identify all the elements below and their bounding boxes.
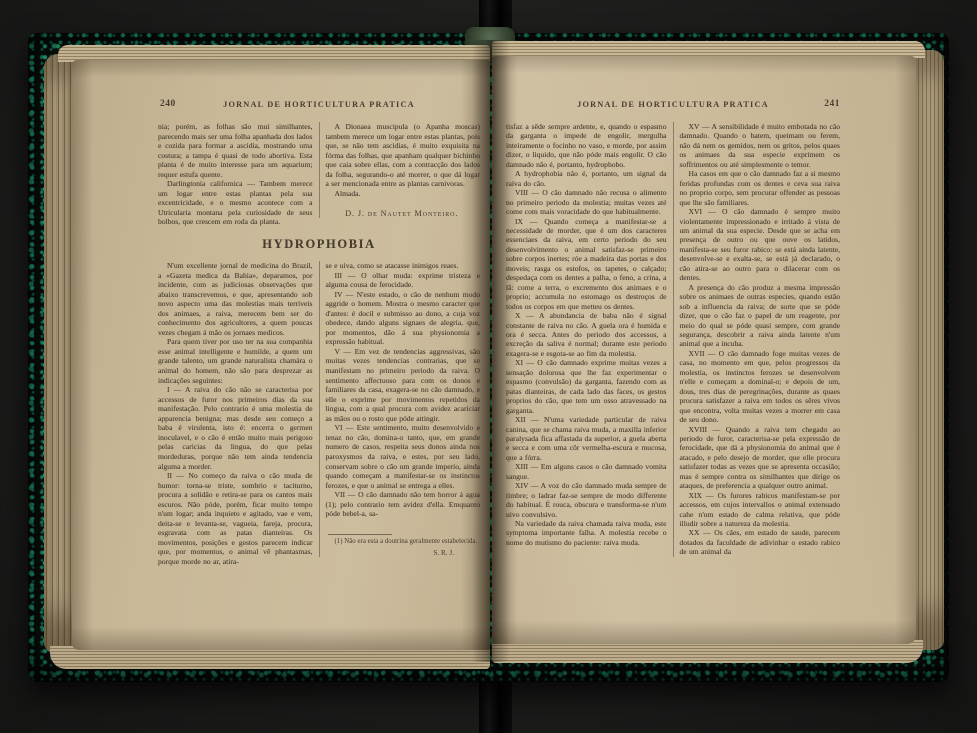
text-column: XV — A sensibilidade é muito embotada no… (673, 122, 841, 557)
paragraph: I — A raiva do cão não se caracterisa po… (158, 385, 313, 471)
column-paragraphs: se e uiva, como se atacasse inimigos rea… (326, 261, 481, 519)
paragraph: II — No começo da raiva o cão muda de hu… (158, 471, 313, 566)
paragraph: XIX — Os furores rabicos manifestam-se p… (680, 491, 841, 529)
paragraph: V — Em vez de tendencias aggressivas, sã… (326, 347, 481, 423)
text-column: N'um excellente jornal de medicina do Br… (158, 261, 313, 567)
paragraph: XVI — O cão damnado é sempre muito viole… (680, 207, 841, 283)
paragraph: XVIII — Quando a raiva tem chegado ao pe… (680, 425, 841, 491)
footnote-block: (1) Não era esta a doutrina geralmente e… (326, 534, 481, 558)
paragraph: tisfaz a sêde sempre ardente, e, quando … (506, 122, 667, 169)
paragraph: Para quem tiver por uso ter na sua compa… (158, 337, 313, 385)
paragraph: XV — A sensibilidade é muito embotada no… (680, 122, 841, 169)
text-column: se e uiva, como se atacasse inimigos rea… (319, 261, 481, 557)
paragraph: XVII — O cão damnado foge muitas vezes d… (680, 349, 841, 425)
left-page-header: 240 JORNAL DE HORTICULTURA PRATICA (158, 100, 480, 113)
paragraph: Ha casos em que o cão damnado faz a si m… (680, 169, 841, 207)
footnote-text: (1) Não era esta a doutrina geralmente e… (326, 538, 481, 547)
paragraph: IV — N'este estado, o cão de nenhum modo… (326, 290, 481, 347)
paragraph: VII — O cão damnado não tem horror á agu… (326, 490, 481, 519)
paragraph: VI — Este sentimento, muito desenvolvido… (326, 423, 481, 490)
paragraph: A Dionaea muscipula (o Apanha moscas) ta… (326, 122, 481, 189)
running-title-right: JORNAL DE HORTICULTURA PRATICA (506, 100, 840, 109)
paragraph: Darlingtonia californica — Tambem merece… (158, 179, 313, 227)
column-paragraphs: A Dionaea muscipula (o Apanha moscas) ta… (326, 122, 481, 198)
text-column: A Dionaea muscipula (o Apanha moscas) ta… (319, 122, 481, 218)
footnote-initials: S. R. J. (326, 549, 455, 557)
article-heading: HYDROPHOBIA (158, 237, 480, 252)
right-page-content: 241 JORNAL DE HORTICULTURA PRATICA tisfa… (506, 100, 840, 638)
paragraph: N'um excellente jornal de medicina do Br… (158, 261, 313, 337)
left-page-content: 240 JORNAL DE HORTICULTURA PRATICA nia; … (158, 100, 480, 642)
paragraph: XIII — Em alguns casos o cão damnado vom… (506, 462, 667, 481)
footnote-rule (328, 534, 392, 535)
paragraph: Na variedade da raiva chamada raiva muda… (506, 519, 667, 547)
main-section: tisfaz a sêde sempre ardente, e, quando … (506, 122, 840, 557)
right-page: 241 JORNAL DE HORTICULTURA PRATICA tisfa… (492, 56, 916, 644)
paragraph: III — O olhar muda: exprime tristeza e a… (326, 271, 481, 290)
right-page-header: 241 JORNAL DE HORTICULTURA PRATICA (506, 100, 840, 113)
paragraph: Almada. (326, 189, 481, 199)
paragraph: XX — Os cães, em estado de saude, parece… (680, 528, 841, 556)
paragraph: XIV — A voz do cão damnado muda sempre d… (506, 481, 667, 519)
page-number-left: 240 (160, 99, 176, 109)
text-column: nia; porém, as folhas são mui similhante… (158, 122, 313, 227)
paragraph: VIII — O cão damnado não recusa o alimen… (506, 188, 667, 216)
page-edges-right (915, 50, 944, 650)
top-section: nia; porém, as folhas são mui similhante… (158, 122, 480, 227)
left-page: 240 JORNAL DE HORTICULTURA PRATICA nia; … (72, 60, 490, 650)
paragraph: XII — N'uma variedade particular de raiv… (506, 415, 667, 462)
paragraph: IX — Quando começa a manifestar-se a nec… (506, 217, 667, 312)
paragraph: se e uiva, como se atacasse inimigos rea… (326, 261, 481, 271)
paragraph: XI — O cão damnado exprime muitas vezes … (506, 358, 667, 415)
paragraph: X — A abundancia de baba não é signal co… (506, 311, 667, 358)
paragraph: A hydrophobia não é, portanto, um signal… (506, 169, 667, 188)
page-edges-left (44, 54, 74, 654)
running-title-left: JORNAL DE HORTICULTURA PRATICA (158, 100, 480, 109)
text-column: tisfaz a sêde sempre ardente, e, quando … (506, 122, 667, 547)
author-signature: D. J. de Nautet Monteiro. (326, 209, 479, 218)
bottom-section: N'um excellente jornal de medicina do Br… (158, 261, 480, 567)
photo-of-open-book: { "book": { "cover_marble_teal": "#1fae7… (0, 0, 977, 733)
paragraph: A presença do cão produz a mesma impress… (680, 283, 841, 349)
page-number-right: 241 (824, 99, 840, 109)
paragraph: nia; porém, as folhas são mui similhante… (158, 122, 313, 179)
